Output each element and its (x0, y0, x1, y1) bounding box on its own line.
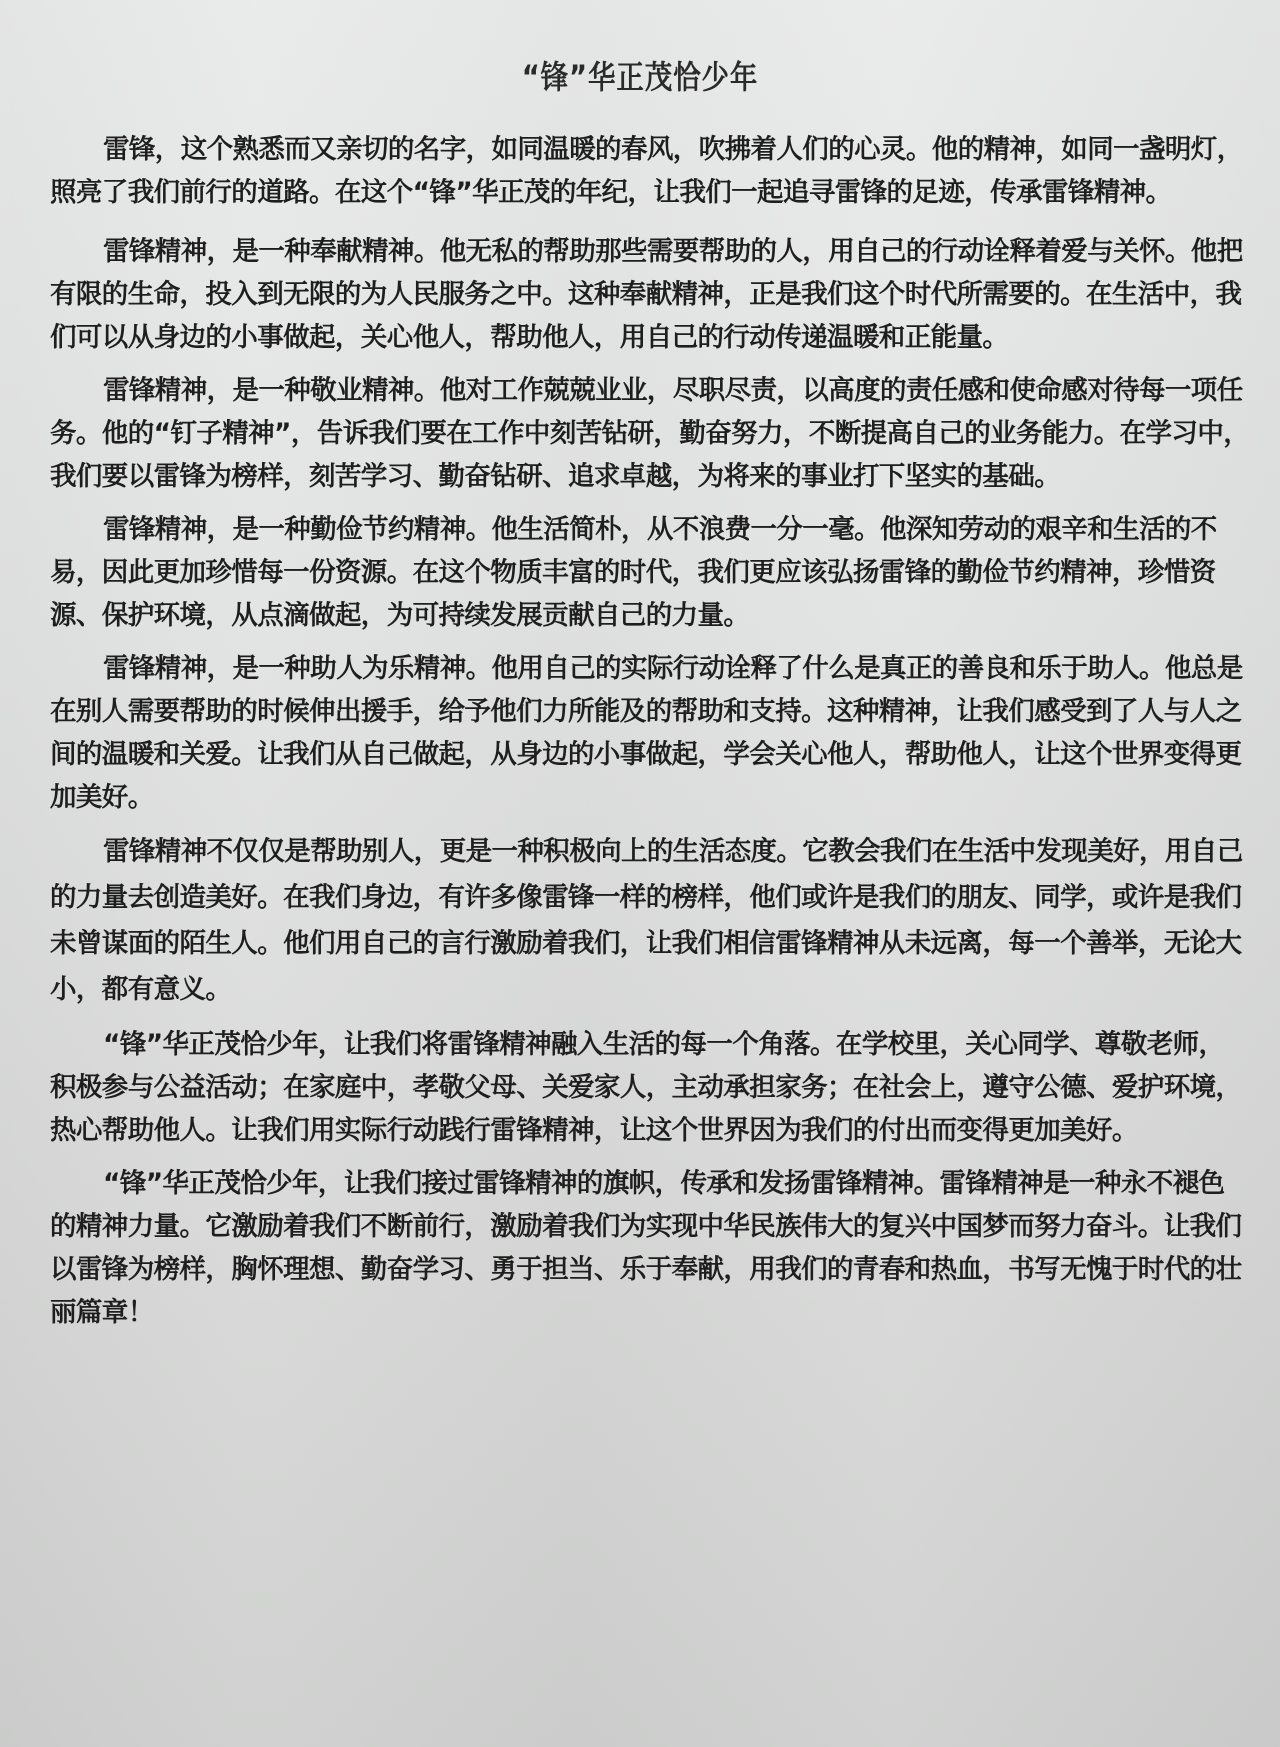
paragraph-frugality-spirit: 雷锋精神，是一种勤俭节约精神。他生活简朴，从不浪费一分一毫。他深知劳动的艰辛和生… (50, 508, 1250, 637)
paragraph-professional-spirit: 雷锋精神，是一种敬业精神。他对工作兢兢业业，尽职尽责，以高度的责任感和使命感对待… (50, 369, 1250, 498)
essay-title: “锋”华正茂恰少年 (90, 52, 1191, 98)
paragraph-helping-spirit: 雷锋精神，是一种助人为乐精神。他用自己的实际行动诠释了什么是真正的善良和乐于助人… (50, 647, 1250, 819)
paragraph-intro: 雷锋，这个熟悉而又亲切的名字，如同温暖的春风，吹拂着人们的心灵。他的精神，如同一… (50, 128, 1250, 214)
paper-sheet: “锋”华正茂恰少年 雷锋，这个熟悉而又亲切的名字，如同温暖的春风，吹拂着人们的心… (0, 0, 1280, 1747)
paragraph-conclusion: “锋”华正茂恰少年，让我们接过雷锋精神的旗帜，传承和发扬雷锋精神。雷锋精神是一种… (50, 1162, 1250, 1334)
paragraph-life-attitude: 雷锋精神不仅仅是帮助别人，更是一种积极向上的生活态度。它教会我们在生活中发现美好… (50, 829, 1250, 1013)
paragraph-daily-practice: “锋”华正茂恰少年，让我们将雷锋精神融入生活的每一个角落。在学校里，关心同学、尊… (50, 1023, 1250, 1152)
essay-body: 雷锋，这个熟悉而又亲切的名字，如同温暖的春风，吹拂着人们的心灵。他的精神，如同一… (50, 128, 1250, 1344)
paragraph-dedication-spirit: 雷锋精神，是一种奉献精神。他无私的帮助那些需要帮助的人，用自己的行动诠释着爱与关… (50, 230, 1250, 359)
